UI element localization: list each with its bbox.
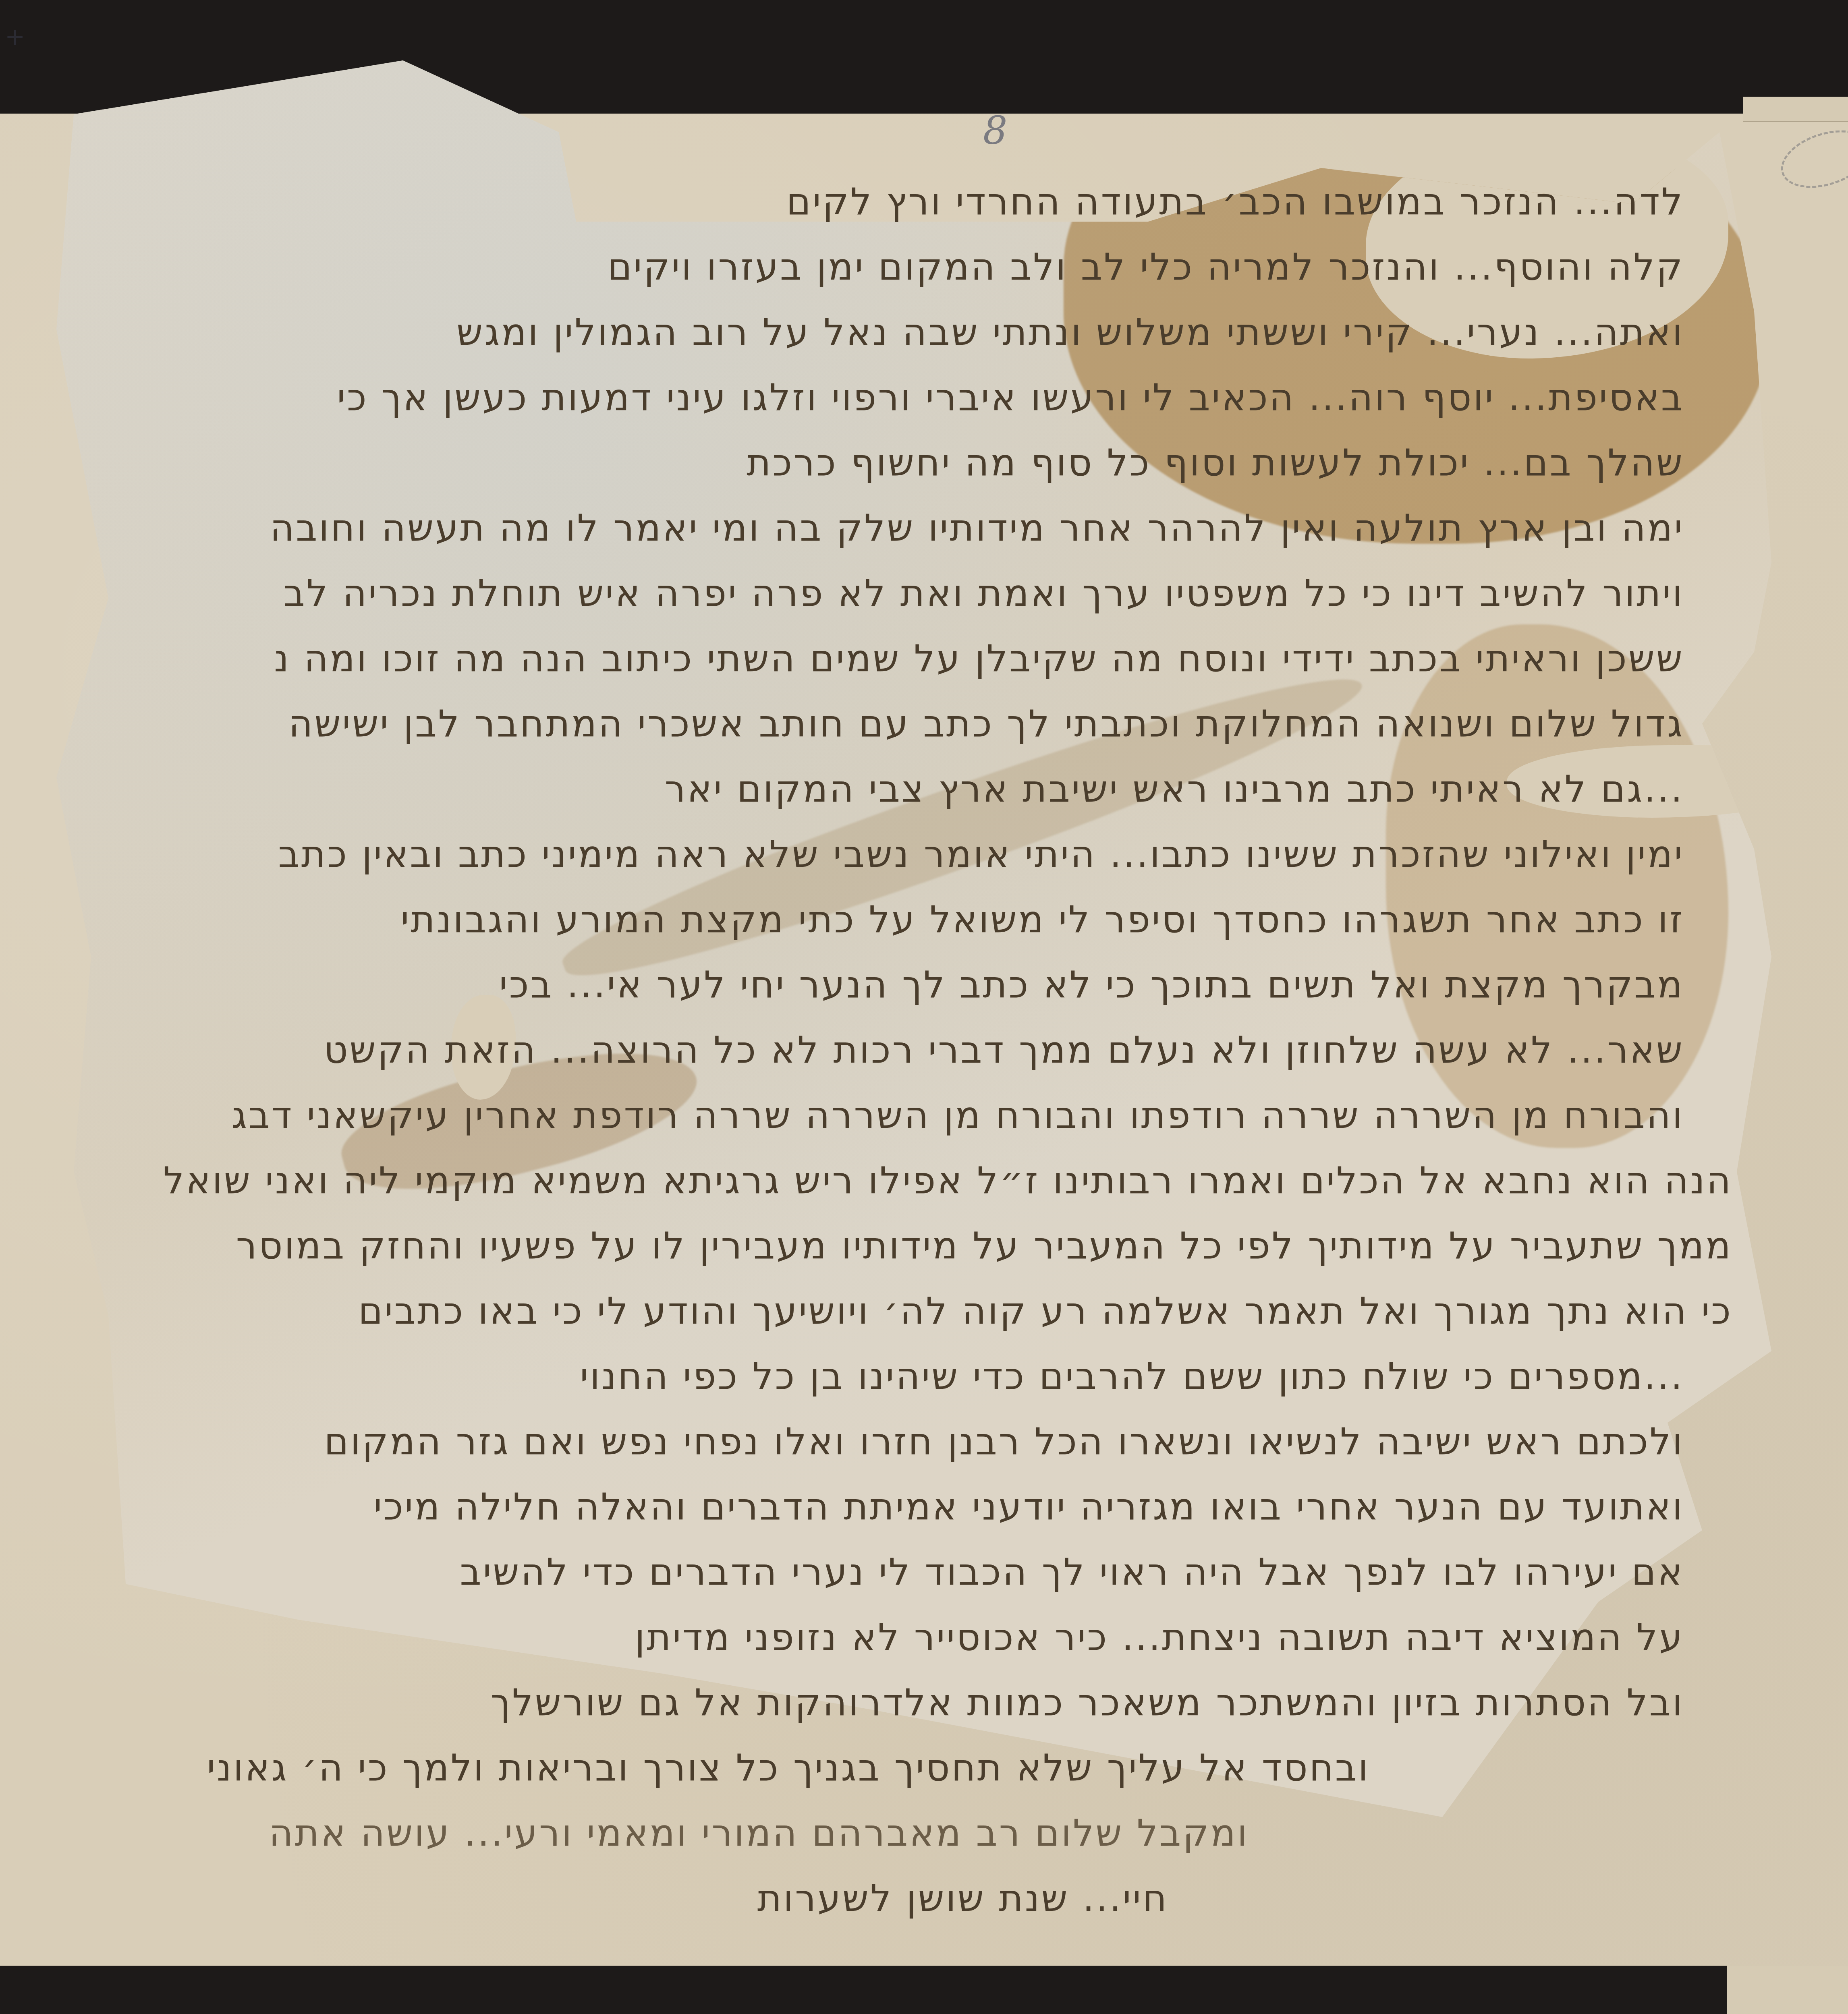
text-line: חיי... שנת שושן לשערות [93,1866,1732,1931]
text-line: ובחסד אל עליך שלא תחסיך בגניך כל צורך וב… [93,1735,1732,1801]
text-line: ששכן וראיתי בכתב ידידי ונוסח מה שקיבלן ע… [93,626,1732,691]
text-line: גדול שלום ושנואה המחלוקת וכתבתי לך כתב ע… [93,691,1732,756]
text-line: זו כתב אחר תשגרהו כחסדך וסיפר לי משואל ע… [93,887,1732,952]
text-line: לדה... הנזכר במושבו הכב׳ בתעודה החרדי ור… [93,169,1732,234]
text-line: ימין ואילוני שהזכרת ששינו כתבו... היתי א… [93,822,1732,887]
text-line: והבורח מן השררה שררה רודפתו והבורח מן הש… [93,1083,1732,1148]
text-line: ומקבל שלום רב מאברהם המורי ומאמי ורעי...… [93,1801,1732,1866]
text-line: כי הוא נתך מגורך ואל תאמר אשלמה רע קוה ל… [93,1278,1732,1344]
text-line: שהלך בם... יכולת לעשות וסוף כל סוף מה יח… [93,430,1732,495]
text-line: ...גם לא ראיתי כתב מרבינו ראש ישיבת ארץ … [93,756,1732,822]
plus-mark-icon: + [5,25,25,49]
text-line: ובל הסתרות בזיון והמשתכר משאכר כמוות אלד… [93,1670,1732,1735]
text-line: ימה ובן ארץ תולעה ואין להרהר אחר מידותיו… [93,495,1732,561]
text-line: ולכתם ראש ישיבה לנשיאו ונשארו הכל רבנן ח… [93,1409,1732,1474]
text-line: ממך שתעביר על מידותיך לפי כל המעביר על מ… [93,1213,1732,1278]
bottom-background-band [0,1966,1848,2014]
text-line: על המוציא דיבה תשובה ניצחת... כיר אכוסיי… [93,1605,1732,1670]
text-line: הנה הוא נחבא אל הכלים ואמרו רבותינו ז״ל … [93,1148,1732,1213]
text-line: ויתור להשיב דינו כי כל משפטיו ערך ואמת ו… [93,561,1732,626]
text-line: קלה והוסף... והנזכר למריה כלי לב ולב המק… [93,234,1732,300]
folio-number: 8 [983,109,1007,153]
text-line: ואתה... נערי... קירי וששתי משלוש ונתתי ש… [93,300,1732,365]
text-line: אם יעירהו לבו לנפך אבל היה ראוי לך הכבוד… [93,1540,1732,1605]
text-line: ...מספרים כי שולח כתון ששם להרבים כדי שי… [93,1344,1732,1409]
text-line: ואתועד עם הנער אחרי בואו מגזריה יודעני א… [93,1474,1732,1540]
mount-paper-tab [1743,97,1848,122]
text-line: מבקרך מקצת ואל תשים בתוכך כי לא כתב לך ה… [93,952,1732,1017]
letter-text: לדה... הנזכר במושבו הכב׳ בתעודה החרדי ור… [93,169,1732,1931]
bottom-mount-corner [1727,1966,1848,2014]
text-line: שאר... לא עשה שלחוזן ולא נעלם ממך דברי ר… [93,1017,1732,1083]
text-line: באסיפת... יוסף רוה... הכאיב לי ורעשו איב… [93,365,1732,430]
